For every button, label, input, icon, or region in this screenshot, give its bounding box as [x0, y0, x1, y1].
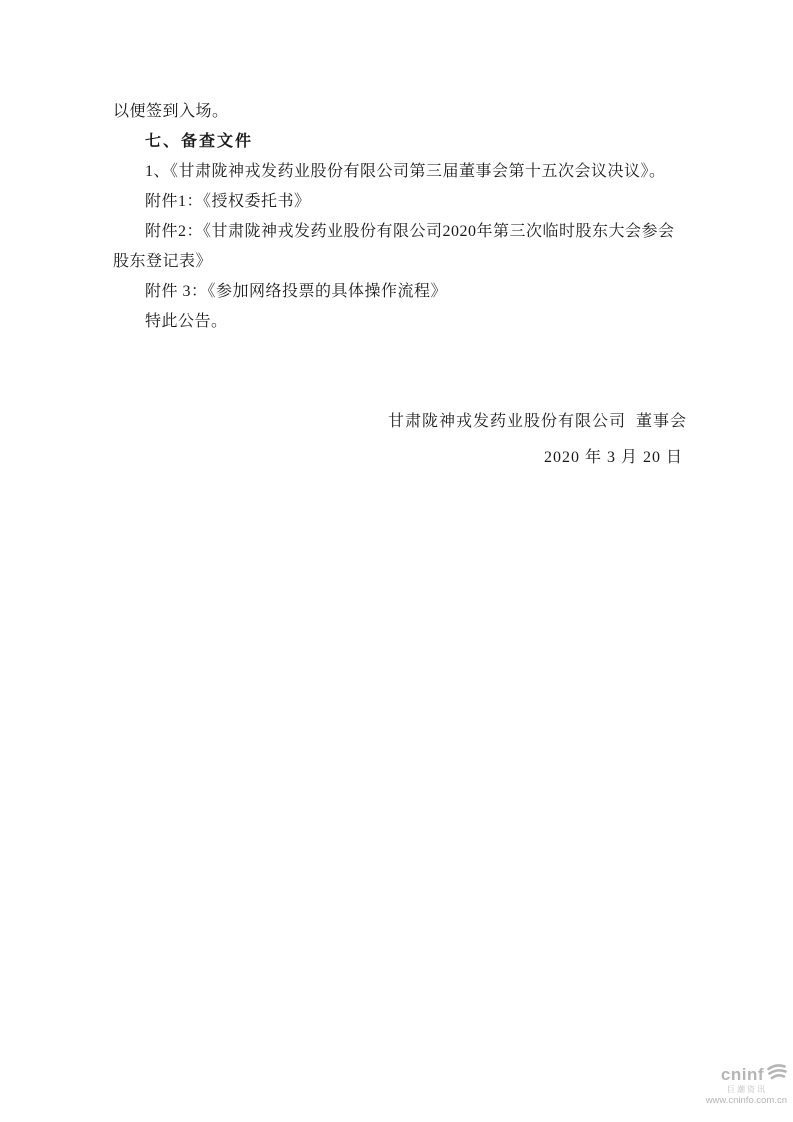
cninfo-watermark: cninf 巨潮资讯 www.cninfo.com.cn	[679, 1064, 789, 1106]
attachment-2-line-1: 附件2：《甘肃陇神戎发药业股份有限公司2020年第三次临时股东大会参会	[113, 217, 687, 247]
section-heading: 七、备查文件	[113, 127, 687, 157]
signature-company: 甘肃陇神戎发药业股份有限公司 董事会	[113, 407, 687, 437]
paragraph-intro: 以便签到入场。	[113, 97, 687, 127]
document-body: 以便签到入场。 七、备查文件 1、《甘肃陇神戎发药业股份有限公司第三届董事会第十…	[0, 97, 793, 473]
signature-date: 2020 年 3 月 20 日	[113, 443, 687, 473]
cninfo-brand-row: cninf	[679, 1064, 789, 1086]
signature-block: 甘肃陇神戎发药业股份有限公司 董事会 2020 年 3 月 20 日	[113, 407, 687, 473]
cninfo-url: www.cninfo.com.cn	[679, 1096, 789, 1106]
cninfo-chinese-name: 巨潮资讯	[679, 1086, 789, 1095]
attachment-2-line-2: 股东登记表》	[113, 247, 687, 277]
cninfo-brand-text: cninf	[721, 1066, 764, 1085]
attachment-1: 附件1：《授权委托书》	[113, 187, 687, 217]
attachment-3: 附件 3：《参加网络投票的具体操作流程》	[113, 277, 687, 307]
closing-statement: 特此公告。	[113, 307, 687, 337]
cninfo-swirl-icon	[766, 1064, 787, 1086]
list-item-1: 1、《甘肃陇神戎发药业股份有限公司第三届董事会第十五次会议决议》。	[113, 157, 687, 187]
